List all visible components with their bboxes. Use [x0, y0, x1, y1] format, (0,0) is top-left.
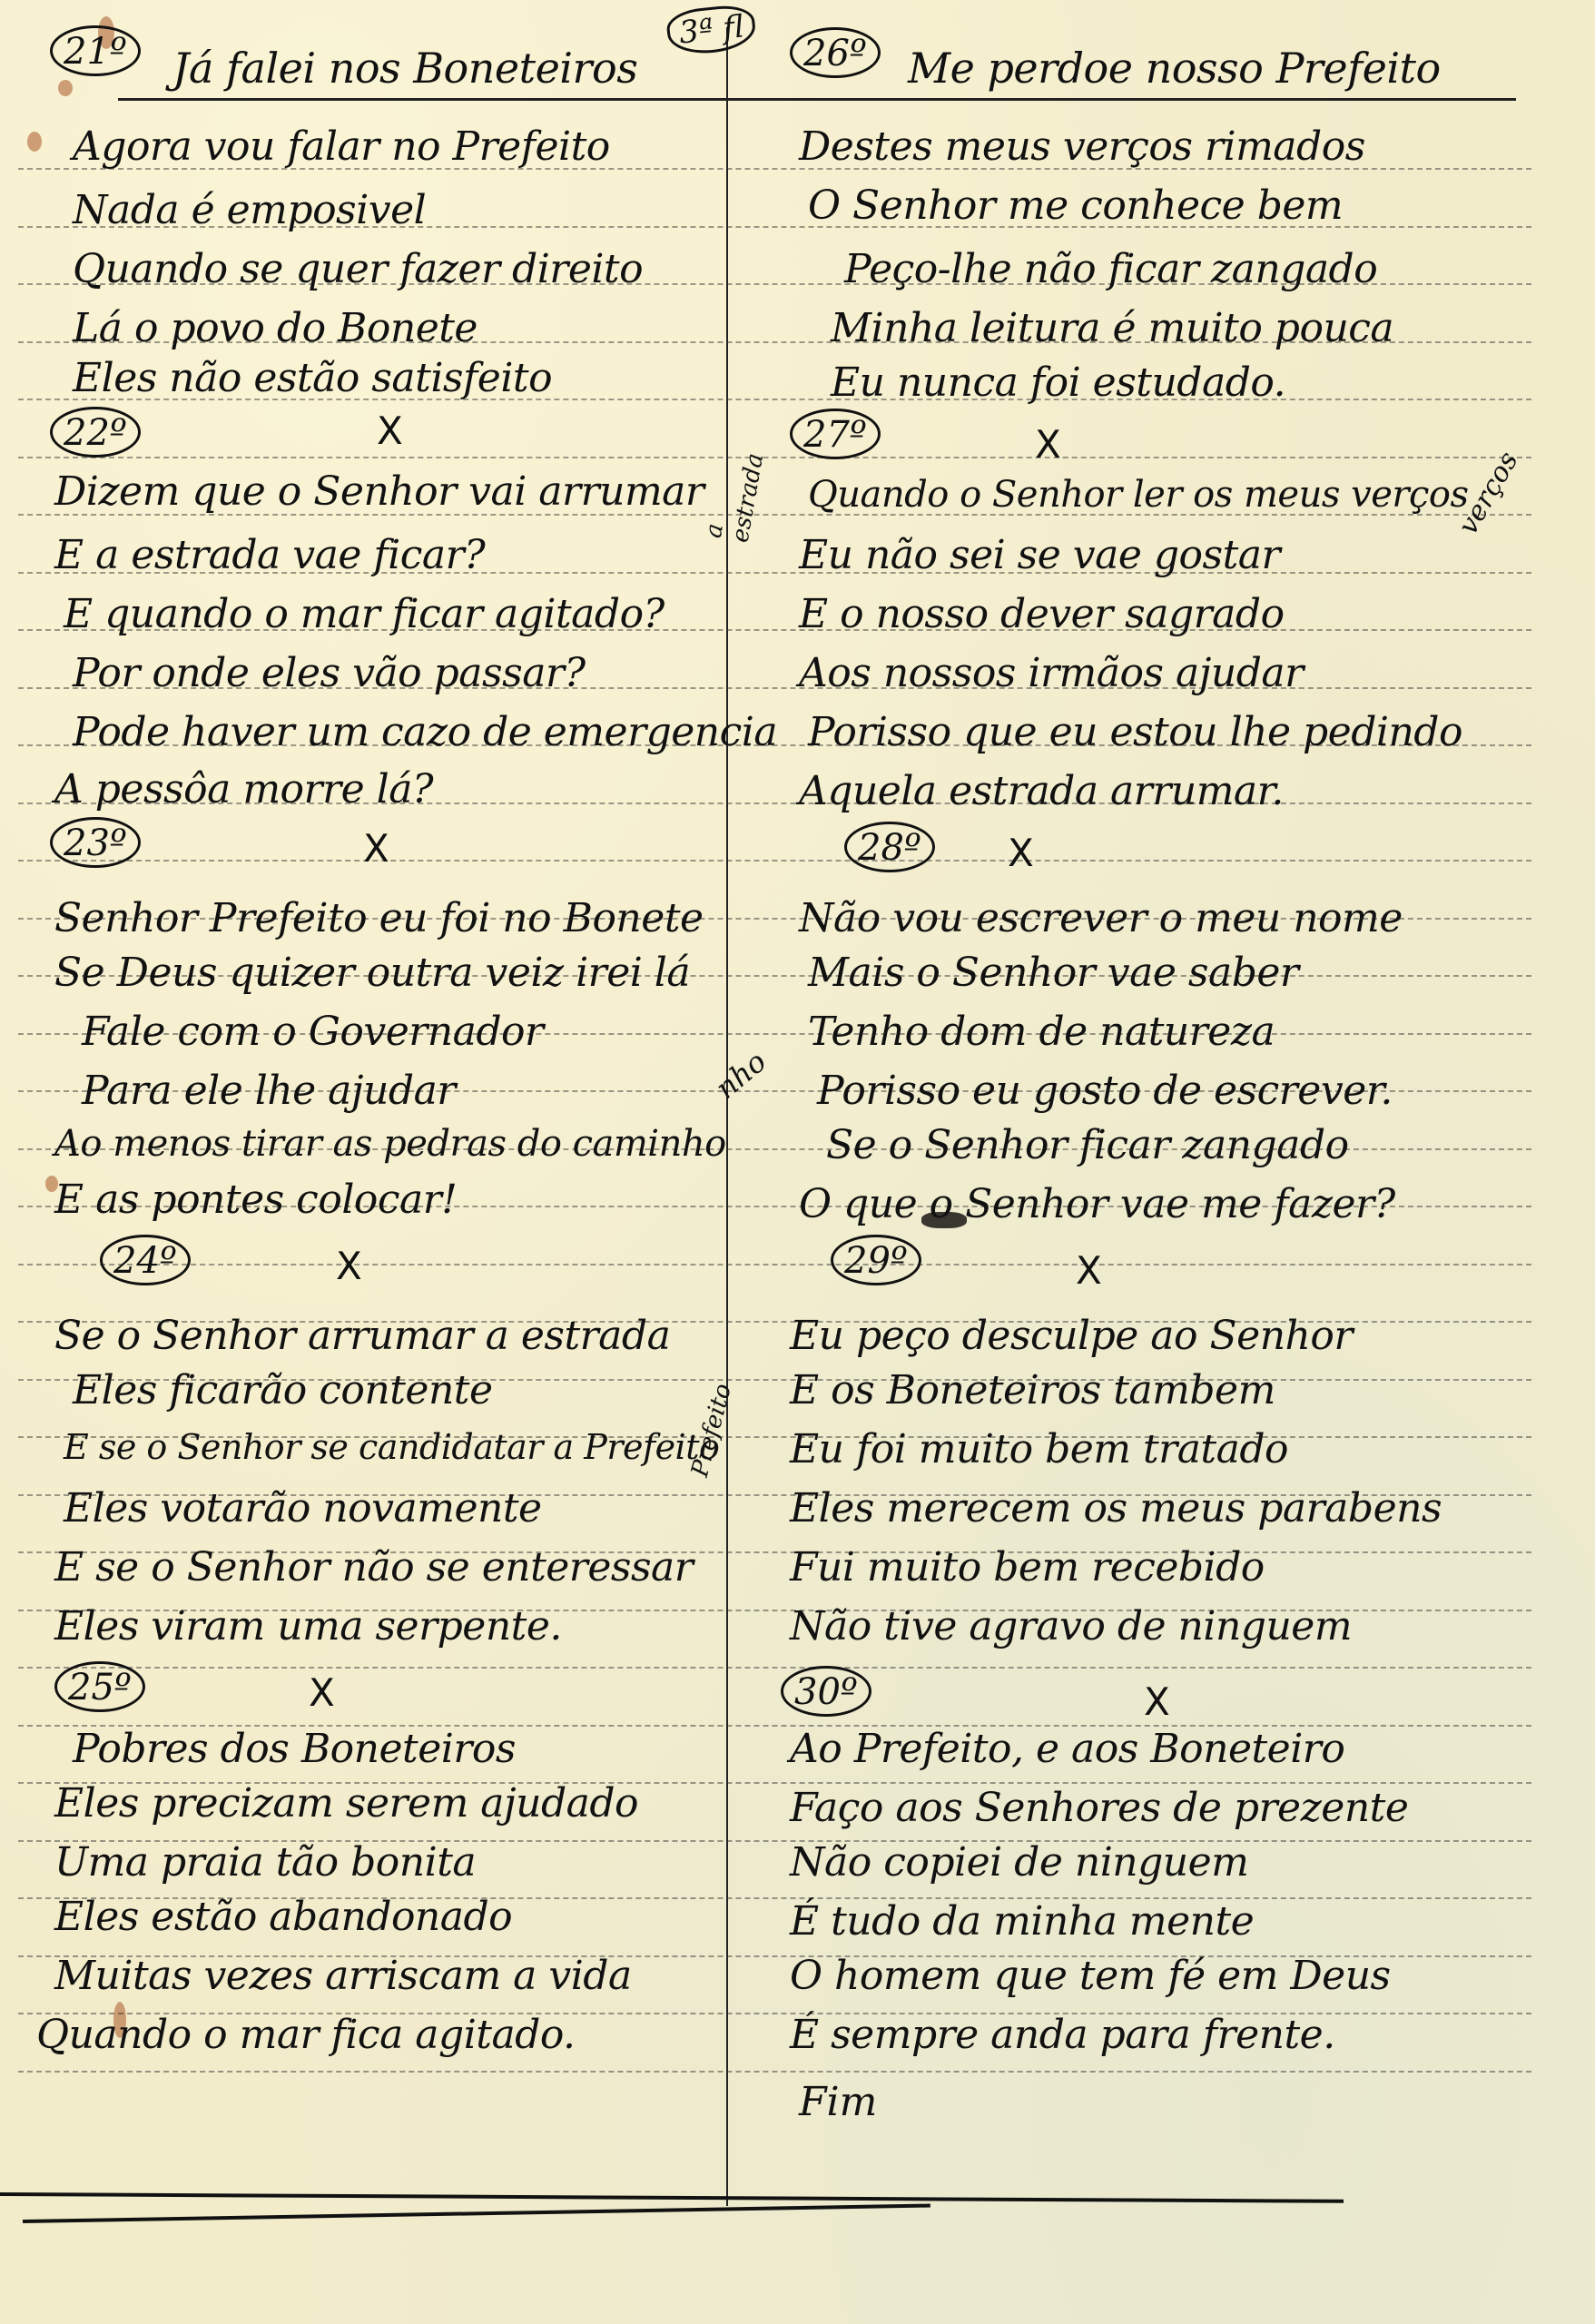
- poem-line: Eu peço desculpe ao Senhor: [790, 1316, 1353, 1356]
- poem-line: Quando se quer fazer direito: [73, 250, 643, 290]
- poem-line: Nada é emposivel: [73, 191, 426, 231]
- poem-line: Se o Senhor ficar zangado: [826, 1126, 1349, 1166]
- stanza-number: 23º: [50, 817, 141, 868]
- poem-line: Uma praia tão bonita: [54, 1843, 476, 1883]
- poem-line: Fui muito bem recebido: [790, 1548, 1265, 1588]
- poem-line: Faço aos Senhores de prezente: [790, 1788, 1408, 1828]
- margin-note: a estrada: [700, 447, 769, 545]
- poem-line: Eu não sei se vae gostar: [799, 536, 1280, 576]
- rust-stain: [58, 80, 73, 96]
- poem-line: Se Deus quizer outra veiz irei lá: [54, 953, 690, 993]
- poem-line: Quando o Senhor ler os meus verços: [808, 477, 1469, 513]
- poem-line: O que o Senhor vae me fazer?: [799, 1185, 1395, 1225]
- poem-line: Eles estão abandonado: [54, 1897, 512, 1937]
- poem-line: Não copiei de ninguem: [790, 1843, 1248, 1883]
- poem-line: Aos nossos irmãos ajudar: [799, 654, 1304, 694]
- poem-line: Não vou escrever o meu nome: [799, 899, 1403, 939]
- poem-line: Porisso eu gosto de escrever.: [817, 1071, 1393, 1111]
- poem-line: E as pontes colocar!: [54, 1180, 457, 1220]
- poem-line: Quando o mar fica agitado.: [36, 2015, 576, 2055]
- poem-line: Porisso que eu estou lhe pedindo: [808, 713, 1462, 753]
- poem-line: Destes meus verços rimados: [799, 127, 1365, 167]
- stanza-number: 30º: [781, 1666, 871, 1717]
- poem-line: Muitas vezes arriscam a vida: [54, 1956, 632, 1996]
- poem-line: Eu foi muito bem tratado: [790, 1430, 1288, 1470]
- stanza-number: 21º: [50, 25, 141, 76]
- margin-note: nho: [709, 1044, 773, 1106]
- poem-line: E a estrada vae ficar?: [54, 536, 485, 576]
- poem-line: A pessôa morre lá?: [54, 770, 433, 810]
- poem-line: Ao Prefeito, e aos Boneteiro: [790, 1729, 1344, 1769]
- poem-line: E se o Senhor se candidatar a Prefeito: [64, 1430, 719, 1464]
- poem-line: Eles precizam serem ajudado: [54, 1784, 638, 1824]
- poem-line: Eles merecem os meus parabens: [790, 1489, 1442, 1529]
- poem-line: O homem que tem fé em Deus: [790, 1956, 1391, 1996]
- poem-line: Pobres dos Boneteiros: [73, 1729, 516, 1769]
- ruled-line: [18, 2071, 1531, 2073]
- poem-line: Lá o povo do Bonete: [73, 309, 478, 349]
- poem-line: Por onde eles vão passar?: [73, 654, 586, 694]
- poem-line: Mais o Senhor vae saber: [808, 953, 1298, 993]
- bottom-rule: [0, 2192, 1344, 2203]
- poem-line: Ao menos tirar as pedras do caminho: [54, 1126, 726, 1162]
- poem-title: Já falei nos Boneteiros: [172, 47, 637, 89]
- poem-line: É sempre anda para frente.: [790, 2015, 1335, 2055]
- poem-title: Me perdoe nosso Prefeito: [908, 47, 1441, 89]
- stanza-separator: X: [377, 409, 403, 453]
- stanza-number: 29º: [831, 1235, 921, 1285]
- poem-line: E os Boneteiros tambem: [790, 1371, 1275, 1411]
- poem-line: Eu nunca foi estudado.: [831, 363, 1285, 403]
- stanza-number: 25º: [54, 1661, 145, 1712]
- poem-line: Se o Senhor arrumar a estrada: [54, 1316, 670, 1356]
- closing-word: Fim: [799, 2079, 877, 2125]
- poem-line: Aquela estrada arrumar.: [799, 772, 1284, 812]
- stanza-separator: X: [1076, 1248, 1102, 1293]
- stanza-separator: X: [363, 826, 389, 871]
- bottom-rule: [23, 2204, 930, 2223]
- poem-line: E o nosso dever sagrado: [799, 595, 1285, 635]
- poem-line: Eles não estão satisfeito: [73, 359, 552, 399]
- poem-line: É tudo da minha mente: [790, 1902, 1254, 1942]
- ruled-line: [18, 457, 1531, 458]
- rust-stain: [27, 132, 42, 152]
- stanza-separator: X: [1035, 422, 1061, 467]
- poem-line: Para ele lhe ajudar: [82, 1071, 456, 1111]
- stanza-separator: X: [1144, 1679, 1170, 1724]
- poem-line: Não tive agravo de ninguem: [790, 1607, 1352, 1647]
- poem-line: Fale com o Governador: [82, 1012, 544, 1052]
- title-underline: [118, 98, 1516, 101]
- poem-line: E se o Senhor não se enteressar: [54, 1548, 693, 1588]
- scanned-page: 3ª fl 21º Já falei nos Boneteiros Agora …: [0, 0, 1595, 2324]
- ruled-line: [18, 1667, 1531, 1669]
- stanza-separator: X: [1008, 831, 1034, 875]
- stanza-number: 24º: [100, 1235, 191, 1285]
- poem-line: Agora vou falar no Prefeito: [73, 127, 610, 167]
- poem-line: Tenho dom de natureza: [808, 1012, 1275, 1052]
- stanza-number: 22º: [50, 407, 141, 458]
- poem-line: Pode haver um cazo de emergencia: [73, 713, 777, 753]
- poem-line: Senhor Prefeito eu foi no Bonete: [54, 899, 704, 939]
- stanza-number: 28º: [844, 822, 935, 872]
- poem-line: Dizem que o Senhor vai arrumar: [54, 472, 704, 512]
- poem-line: O Senhor me conhece bem: [808, 186, 1343, 226]
- poem-line: Minha leitura é muito pouca: [831, 309, 1393, 349]
- stanza-number: 27º: [790, 409, 881, 459]
- column-divider: [726, 27, 728, 2206]
- poem-line: Eles viram uma serpente.: [54, 1607, 562, 1647]
- ruled-line: [18, 1264, 1531, 1265]
- stanza-separator: X: [336, 1244, 362, 1288]
- page-number-note: 3ª fl: [665, 3, 758, 57]
- poem-line: Peço-lhe não ficar zangado: [844, 250, 1377, 290]
- poem-line: E quando o mar ficar agitado?: [64, 595, 665, 635]
- poem-line: Eles votarão novamente: [64, 1489, 542, 1529]
- stanza-number: 26º: [790, 27, 881, 78]
- ruled-line: [18, 860, 1531, 862]
- poem-line: Eles ficarão contente: [73, 1371, 493, 1411]
- stanza-separator: X: [309, 1670, 335, 1715]
